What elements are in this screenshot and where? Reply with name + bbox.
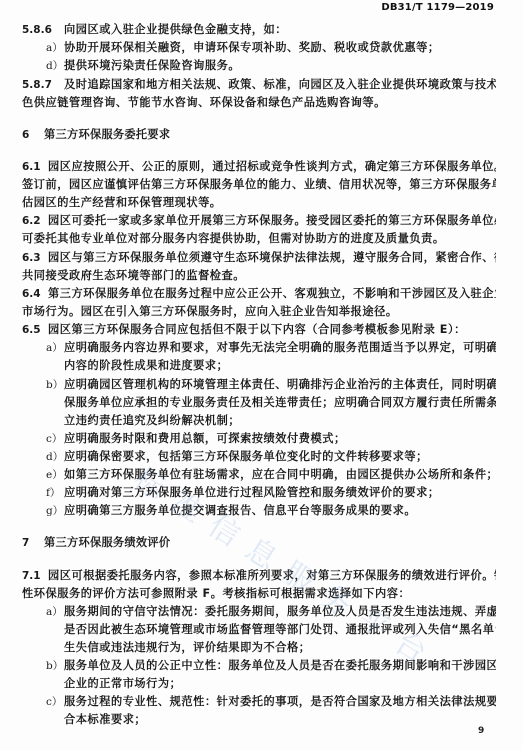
- list-item-text: 立违约责任追究及纠纷解决机制；: [64, 414, 496, 428]
- list-marker: b）: [46, 659, 63, 673]
- clause-text: 及时追踪国家和地方相关法规、政策、标准，向园区及入驻企业提供环境政策与技术咨询，…: [64, 78, 496, 91]
- list-item-text: 合本标准要求；: [64, 713, 496, 727]
- list-marker: c）: [46, 432, 62, 446]
- clause-text-continued: 性环保服务的评价方法可参照附录 F。考核指标可根据需求选择如下内容：: [22, 587, 496, 601]
- list-item-text: 内容的阶段性成果和进度要求；: [64, 359, 496, 373]
- document-code-header: DB31/T 1179—2019: [381, 2, 494, 13]
- list-marker: b）: [46, 378, 63, 392]
- clause-text-continued: 市场行为。园区在引入第三方环保服务时，应向入驻企业告知举报途径。: [22, 305, 496, 319]
- clause-number: 6.5: [22, 323, 48, 337]
- chapter-title: 第三方环保服务绩效评价: [44, 536, 170, 549]
- clause-6-4: 6.4第三方环保服务单位在服务过程中应公正公开、客观独立，不影响和干涉园区及入驻…: [22, 287, 496, 301]
- list-item-text: 是否因此被生态环境管理或市场监督管理等部门处罚、通报批评或列入失信“黑名单”；一…: [64, 623, 496, 637]
- clause-text-continued: 可委托其他专业单位对部分服务内容提供协助，但需对协助方的进度及质量负责。: [22, 232, 496, 246]
- list-item-text: 应明确服务时限和费用总额，可探索按绩效付费模式；: [64, 432, 496, 446]
- clause-7-1: 7.1园区可根据委托服务内容，参照本标准所列要求，对第三方环保服务的绩效进行评价…: [22, 569, 496, 583]
- document-page: DB31/T 1179—2019 5.8.6向园区或入驻企业提供绿色金融支持，如…: [0, 0, 523, 751]
- list-marker: g）: [46, 504, 63, 518]
- clause-text: 园区第三方环保服务合同应包括但不限于以下内容（合同参考模板参见附录 E）：: [48, 323, 466, 336]
- clause-text: 向园区或入驻企业提供绿色金融支持，如：: [64, 23, 287, 36]
- clause-number: 7.1: [22, 569, 48, 583]
- clause-text: 园区应按照公开、公正的原则，通过招标或竞争性谈判方式，确定第三方环保服务单位。委…: [48, 160, 496, 173]
- clause-text-continued: 估园区的生产经营和环保管理现状等。: [22, 196, 496, 210]
- list-item-text: 企业的正常市场行为；: [64, 677, 496, 691]
- list-marker: a）: [46, 341, 63, 355]
- list-item-text: 保服务单位应承担的专业服务责任及相关连带责任；应明确合同双方履行责任所需条件，并…: [64, 396, 496, 410]
- clause-5-8-7: 5.8.7及时追踪国家和地方相关法规、政策、标准，向园区及入驻企业提供环境政策与…: [22, 78, 496, 92]
- chapter-number: 6: [22, 128, 44, 142]
- list-item-text: 服务单位及人员的公正中立性：服务单位及人员是否在委托服务期间影响和干涉园区或入驻: [64, 659, 496, 673]
- clause-6-1: 6.1园区应按照公开、公正的原则，通过招标或竞争性谈判方式，确定第三方环保服务单…: [22, 160, 496, 174]
- clause-6-3: 6.3园区与第三方环保服务单位须遵守生态环境保护法律法规，遵守服务合同，紧密合作…: [22, 251, 496, 265]
- clause-6-5: 6.5园区第三方环保服务合同应包括但不限于以下内容（合同参考模板参见附录 E）：: [22, 323, 496, 337]
- list-item-text: 服务过程的专业性、规范性：针对委托的事项，是否符合国家及地方相关法律法规要求，是…: [64, 695, 496, 709]
- clause-text: 园区可委托一家或多家单位开展第三方环保服务。接受园区委托的第三方环保服务单位必要…: [48, 214, 496, 227]
- list-item-text: 应明确服务内容边界和要求，对事先无法完全明确的服务范围适当予以界定，可明确部分服…: [64, 341, 496, 355]
- clause-number: 6.2: [22, 214, 48, 228]
- clause-number: 6.3: [22, 251, 48, 265]
- chapter-title: 第三方环保服务委托要求: [44, 128, 170, 141]
- list-marker: a）: [46, 41, 63, 55]
- clause-text: 第三方环保服务单位在服务过程中应公正公开、客观独立，不影响和干涉园区及入驻企业的…: [48, 287, 496, 300]
- list-item-text: 应明确保密要求，包括第三方环保服务单位变化时的文件转移要求等；: [64, 450, 496, 464]
- list-item-text: 应明确对第三方环保服务单位进行过程风险管控和服务绩效评价的要求；: [64, 486, 496, 500]
- list-item-text: 如第三方环保服务单位有驻场需求，应在合同中明确，由园区提供办公场所和条件；: [64, 468, 496, 482]
- clause-5-8-6: 5.8.6向园区或入驻企业提供绿色金融支持，如：: [22, 23, 496, 37]
- list-marker: e）: [46, 468, 63, 482]
- clause-number: 6.4: [22, 287, 48, 301]
- clause-text: 园区与第三方环保服务单位须遵守生态环境保护法律法规，遵守服务合同，紧密合作、彼此…: [48, 251, 496, 264]
- list-marker: f）: [46, 486, 60, 500]
- list-item-text: 生失信或违法违规行为，评价结果即为不合格；: [64, 641, 496, 655]
- list-item-text: 协助开展环保相关融资，申请环保专项补助、奖励、税收或贷款优惠等；: [64, 41, 496, 55]
- list-item-text: 应明确第三方服务单位提交调查报告、信息平台等服务成果的要求。: [64, 504, 496, 518]
- list-marker: c）: [46, 695, 62, 709]
- clause-number: 6.1: [22, 160, 48, 174]
- list-marker: d）: [46, 450, 63, 464]
- chapter-6-heading: 6第三方环保服务委托要求: [22, 128, 496, 142]
- list-marker: a）: [46, 605, 63, 619]
- clause-number: 5.8.6: [22, 23, 64, 37]
- list-item-text: 应明确园区管理机构的环境管理主体责任、明确排污企业治污的主体责任，同时明确第三方…: [64, 378, 496, 392]
- clause-text-continued: 签订前，园区应谨慎评估第三方环保服务单位的能力、业绩、信用状况等，第三方环保服务…: [22, 178, 496, 192]
- clause-number: 5.8.7: [22, 78, 64, 92]
- chapter-number: 7: [22, 536, 44, 550]
- clause-text-continued: 色供应链管理咨询、节能节水咨询、环保设备和绿色产品选购咨询等。: [22, 96, 496, 110]
- chapter-7-heading: 7第三方环保服务绩效评价: [22, 536, 496, 550]
- clause-text: 园区可根据委托服务内容，参照本标准所列要求，对第三方环保服务的绩效进行评价。针对…: [48, 569, 496, 582]
- list-marker: d）: [46, 59, 63, 73]
- clause-6-2: 6.2园区可委托一家或多家单位开展第三方环保服务。接受园区委托的第三方环保服务单…: [22, 214, 496, 228]
- list-item-text: 提供环境污染责任保险咨询服务。: [64, 59, 496, 73]
- page-number: 9: [478, 726, 484, 736]
- clause-text-continued: 共同接受政府生态环境等部门的监督检查。: [22, 269, 496, 283]
- list-item-text: 服务期间的守信守法情况：委托服务期间，服务单位及人员是否发生违法违规、弄虚作假行…: [64, 605, 496, 619]
